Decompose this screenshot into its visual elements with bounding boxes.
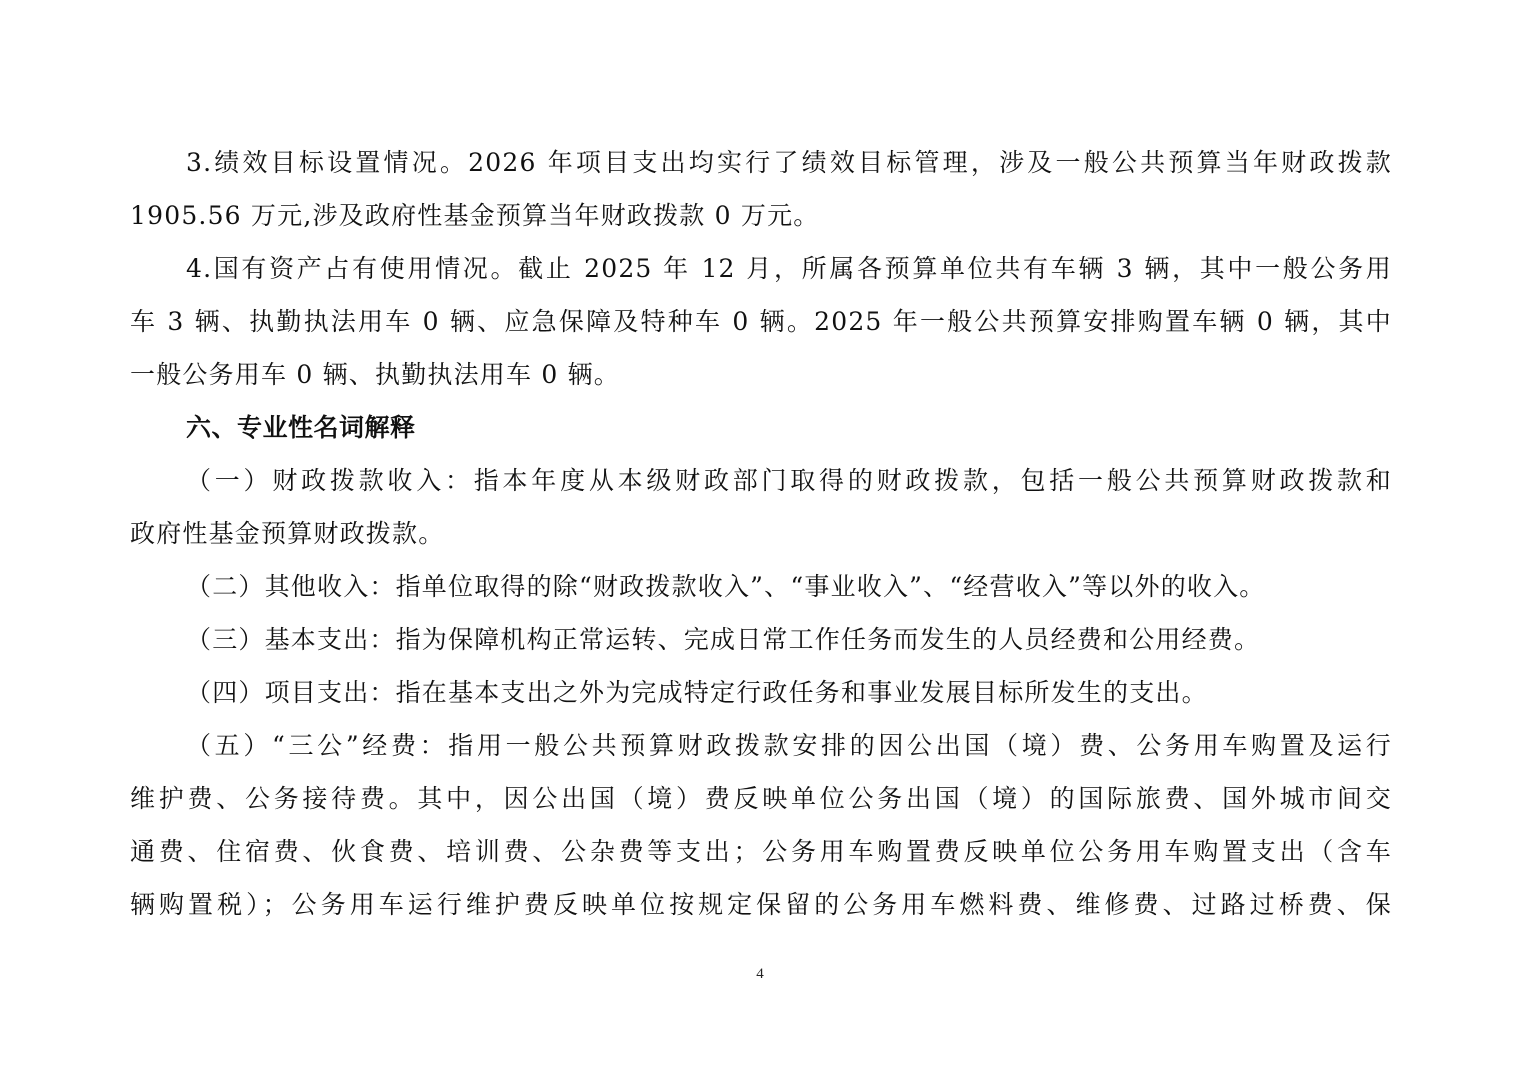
text-line: （四）项目支出：指在基本支出之外为完成特定行政任务和事业发展目标所发生的支出。 <box>130 666 1392 719</box>
page-number: 4 <box>0 966 1520 983</box>
text-line: 4.国有资产占有使用情况。截止 2025 年 12 月，所属各预算单位共有车辆 … <box>130 242 1392 295</box>
text-line: 一般公务用车 0 辆、执勤执法用车 0 辆。 <box>130 348 1392 401</box>
text-line: 车 3 辆、执勤执法用车 0 辆、应急保障及特种车 0 辆。2025 年一般公共… <box>130 295 1392 348</box>
definition-basic-expenditure: （三）基本支出：指为保障机构正常运转、完成日常工作任务而发生的人员经费和公用经费… <box>130 613 1392 666</box>
paragraph-performance-target: 3.绩效目标设置情况。2026 年项目支出均实行了绩效目标管理，涉及一般公共预算… <box>130 136 1392 242</box>
text-line: 1905.56 万元,涉及政府性基金预算当年财政拨款 0 万元。 <box>130 189 1392 242</box>
definition-project-expenditure: （四）项目支出：指在基本支出之外为完成特定行政任务和事业发展目标所发生的支出。 <box>130 666 1392 719</box>
section-heading: 六、专业性名词解释 <box>130 401 1392 454</box>
paragraph-state-assets: 4.国有资产占有使用情况。截止 2025 年 12 月，所属各预算单位共有车辆 … <box>130 242 1392 401</box>
text-line: 维护费、公务接待费。其中，因公出国（境）费反映单位公务出国（境）的国际旅费、国外… <box>130 772 1392 825</box>
text-line: （五）“三公”经费：指用一般公共预算财政拨款安排的因公出国（境）费、公务用车购置… <box>130 719 1392 772</box>
text-line: （一）财政拨款收入：指本年度从本级财政部门取得的财政拨款，包括一般公共预算财政拨… <box>130 454 1392 507</box>
definition-three-public-expenses: （五）“三公”经费：指用一般公共预算财政拨款安排的因公出国（境）费、公务用车购置… <box>130 719 1392 931</box>
document-page: 3.绩效目标设置情况。2026 年项目支出均实行了绩效目标管理，涉及一般公共预算… <box>130 136 1392 931</box>
text-line: 通费、住宿费、伙食费、培训费、公杂费等支出；公务用车购置费反映单位公务用车购置支… <box>130 825 1392 878</box>
text-line: 3.绩效目标设置情况。2026 年项目支出均实行了绩效目标管理，涉及一般公共预算… <box>130 136 1392 189</box>
definition-fiscal-appropriation-income: （一）财政拨款收入：指本年度从本级财政部门取得的财政拨款，包括一般公共预算财政拨… <box>130 454 1392 560</box>
text-line: 辆购置税）；公务用车运行维护费反映单位按规定保留的公务用车燃料费、维修费、过路过… <box>130 878 1392 931</box>
definition-other-income: （二）其他收入：指单位取得的除“财政拨款收入”、“事业收入”、“经营收入”等以外… <box>130 560 1392 613</box>
text-line: 政府性基金预算财政拨款。 <box>130 507 1392 560</box>
text-line: （二）其他收入：指单位取得的除“财政拨款收入”、“事业收入”、“经营收入”等以外… <box>130 560 1392 613</box>
text-line: （三）基本支出：指为保障机构正常运转、完成日常工作任务而发生的人员经费和公用经费… <box>130 613 1392 666</box>
